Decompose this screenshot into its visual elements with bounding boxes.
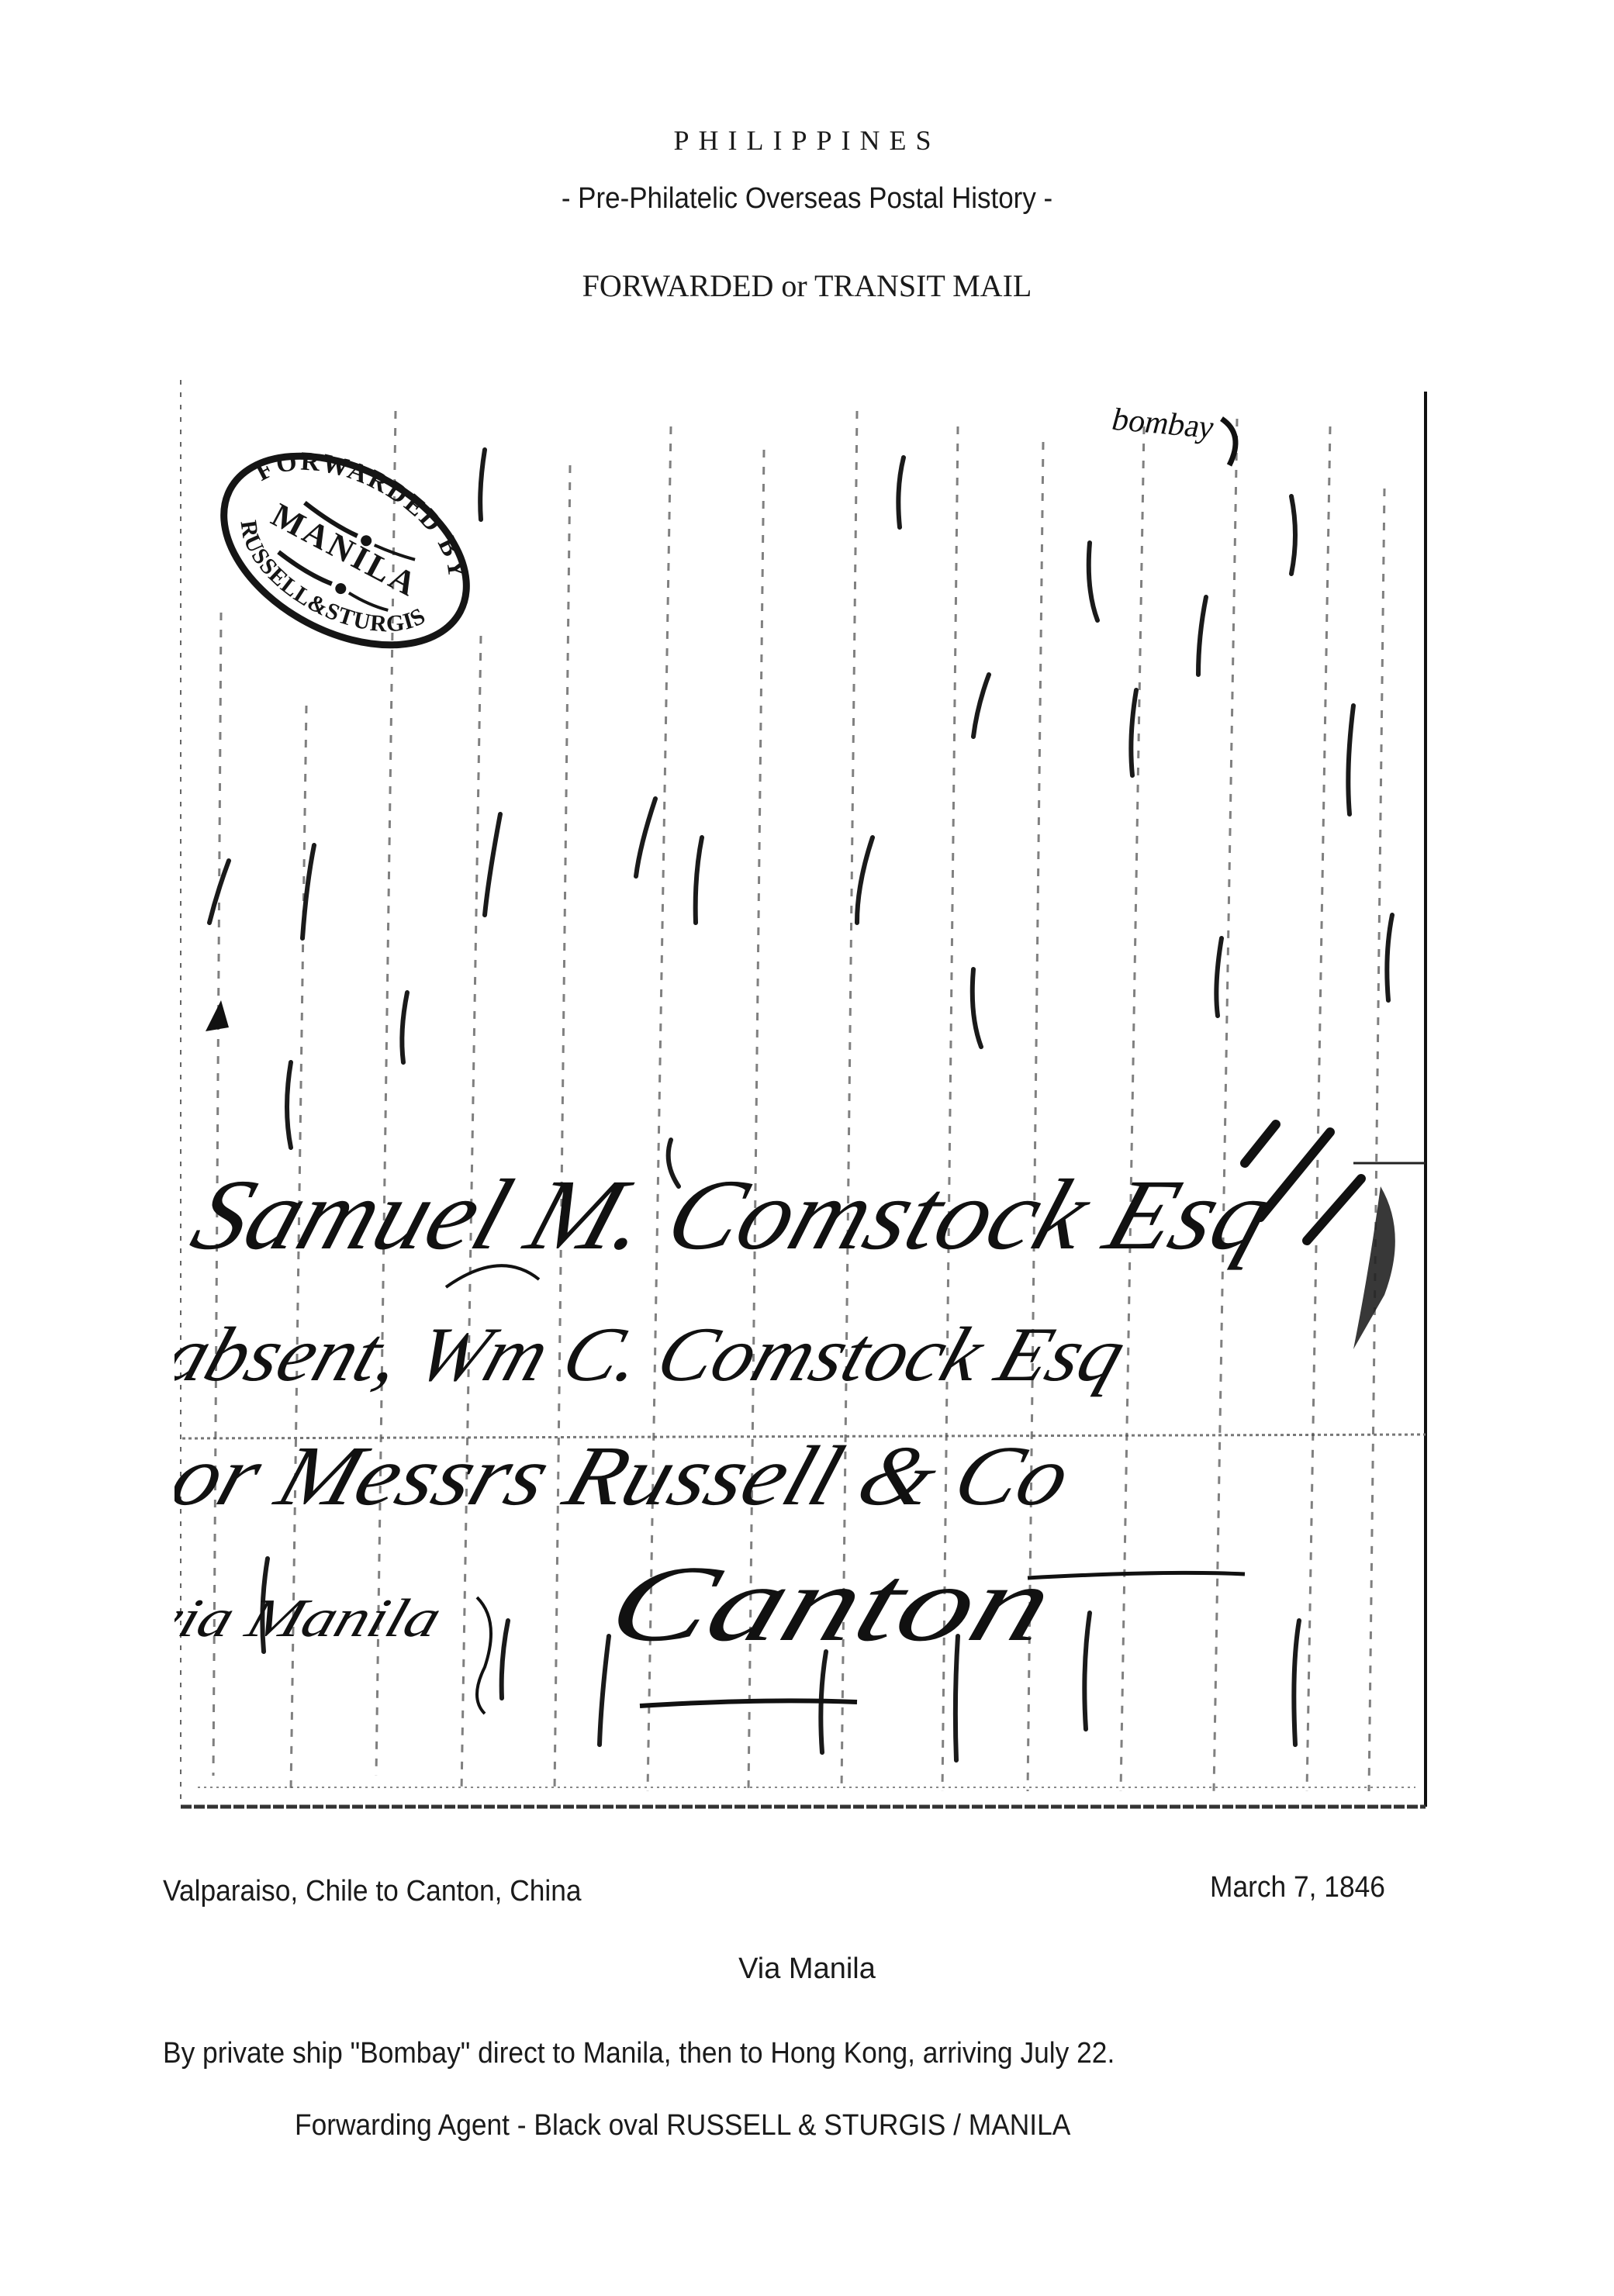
agent-caption: Forwarding Agent - Black oval RUSSELL & … <box>295 2109 1070 2142</box>
date-caption: March 7, 1846 <box>1210 1871 1385 1904</box>
page-subtitle: - Pre-Philatelic Overseas Postal History… <box>64 182 1550 216</box>
ship-caption: By private ship "Bombay" direct to Manil… <box>163 2037 1115 2070</box>
page-title: PHILIPPINES <box>0 124 1614 157</box>
address-line-3: or Messrs Russell & Co <box>175 1429 1083 1524</box>
letter-cover-image: ʎɐqɯoq FORWARDED BY RUSSELL&STURGIS MANI… <box>175 380 1431 1811</box>
address-line-2: absent, Wm C. Comstock Esq <box>175 1312 1135 1397</box>
route-caption: Valparaiso, Chile to Canton, China <box>163 1875 582 1908</box>
section-heading: FORWARDED or TRANSIT MAIL <box>0 268 1614 304</box>
address-line-1: Samuel M. Comstock Esq <box>180 1158 1287 1270</box>
address-via-manila: via Manila <box>175 1588 449 1649</box>
address-line-4: Canton <box>595 1544 1068 1664</box>
via-caption: Via Manila <box>0 1952 1614 1986</box>
